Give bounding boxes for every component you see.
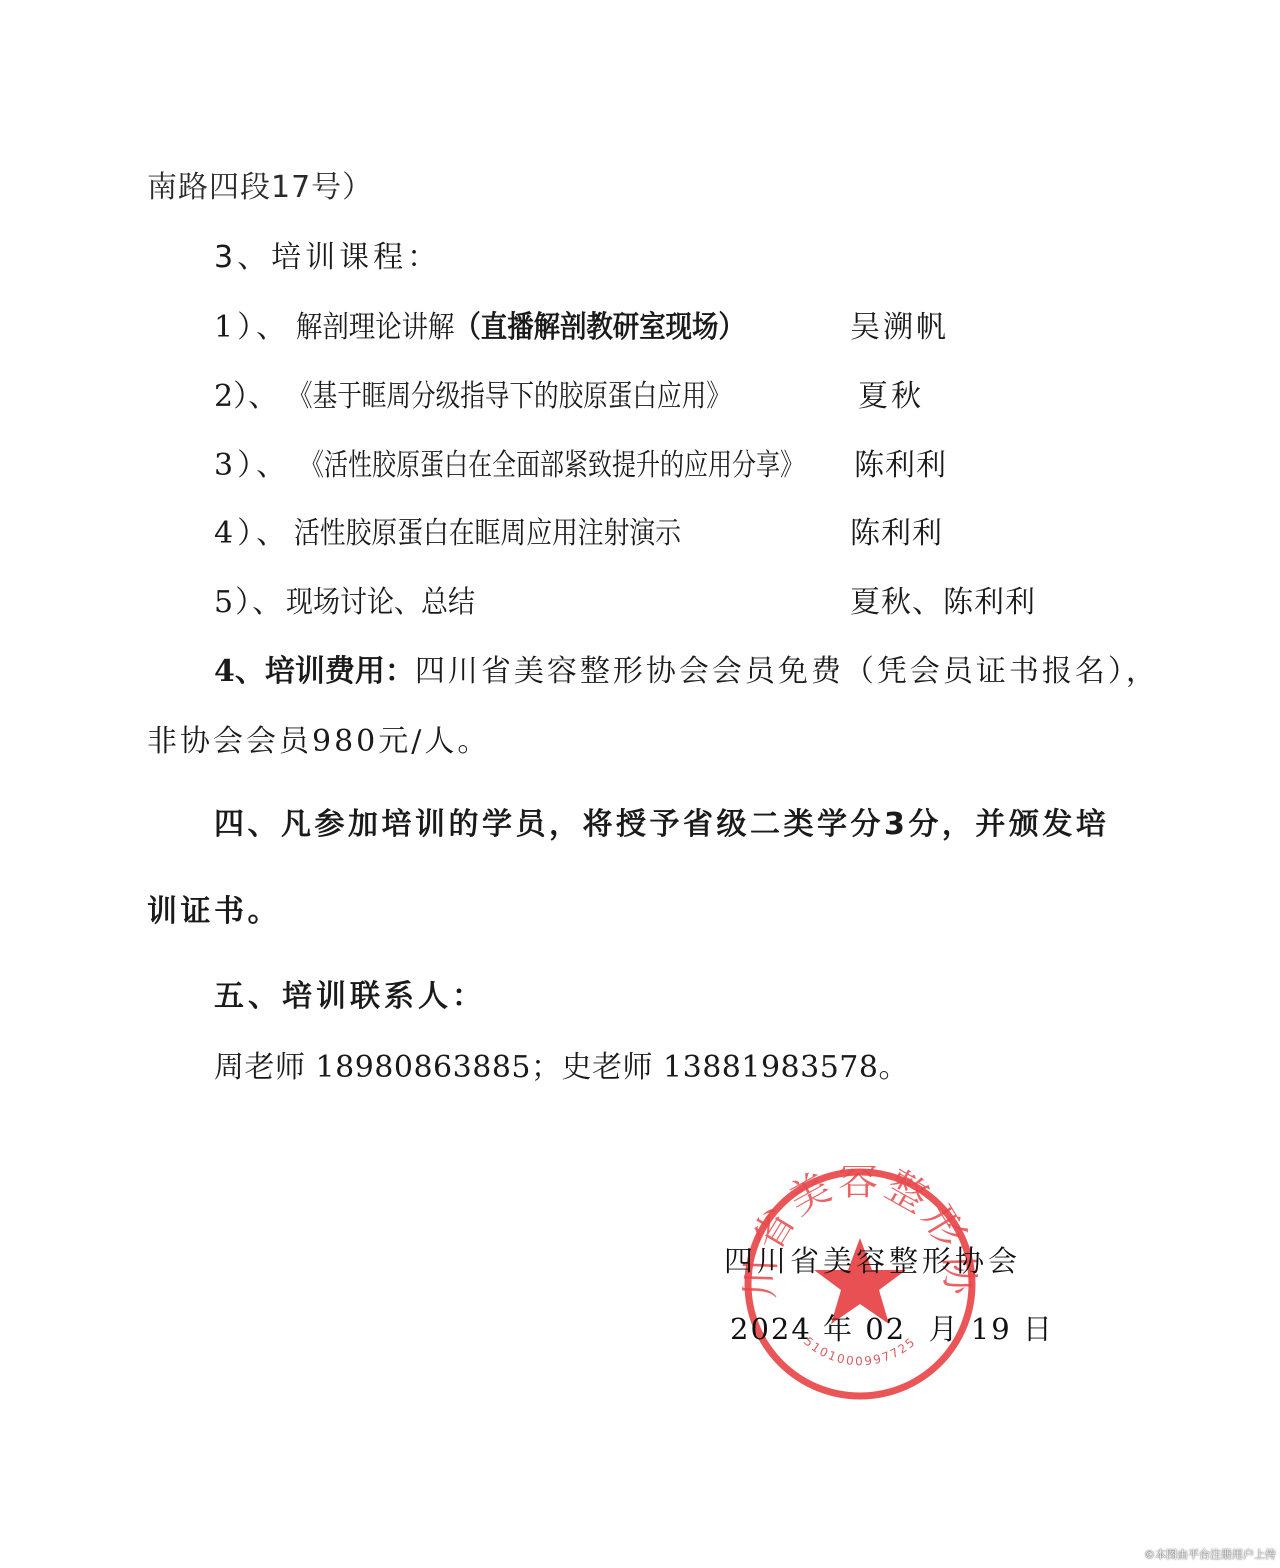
fee-member-text: 四川省美容整形协会会员免费（凭会员证书报名）， [415,654,1159,689]
fee-label: 4、培训费用： [214,654,415,689]
address-tail: 南路四段17号） [147,168,373,208]
fee-line-2: 非协会会员980元/人。 [147,722,490,762]
course-number: 1）、 [214,310,290,345]
course-lecturer: 陈利利 [850,514,943,554]
course-lecturer: 陈利利 [854,446,947,486]
official-seal: 四川省美容整形协会 5101000997725 [742,1166,978,1402]
course-number: 2）、 [214,379,278,414]
section3-heading: 3、培训课程： [214,238,441,278]
section4-line-2: 训证书。 [147,892,281,932]
seal-icon: 四川省美容整形协会 5101000997725 [742,1166,978,1402]
contacts-line: 周老师 18980863885；史老师 13881983578。 [214,1048,909,1088]
fee-line-1: 4、培训费用：四川省美容整形协会会员免费（凭会员证书报名）， [214,652,1159,692]
course-title: 解剖理论讲解 [296,310,454,345]
course-lecturer: 夏秋、陈利利 [850,583,1036,623]
section4-line-1: 四、凡参加培训的学员，将授予省级二类学分3分，并颁发培 [214,805,1109,845]
course-title: 《基于眶周分级指导下的胶原蛋白应用》 [288,379,731,414]
course-lecturer: 夏秋 [858,377,924,417]
signature-organization: 四川省美容整形协会 [724,1241,1021,1281]
course-title-bold: （直播解剖教研室现场） [454,310,744,345]
signature-date: 2024 年 02 月 19 日 [730,1309,1054,1349]
course-number: 3）、 [214,448,290,483]
course-title: 活性胶原蛋白在眶周应用注射演示 [294,516,681,551]
section5-heading: 五、培训联系人： [214,977,486,1017]
platform-watermark: ©本图由平台注册用户上传 [1144,1546,1276,1562]
course-number: 5）、 [214,585,284,620]
course-lecturer: 吴溯帆 [850,308,949,348]
course-number: 4）、 [214,516,290,551]
course-title: 现场讨论、总结 [286,585,475,620]
course-title: 《活性胶原蛋白在全面部紧致提升的应用分享》 [300,448,804,483]
